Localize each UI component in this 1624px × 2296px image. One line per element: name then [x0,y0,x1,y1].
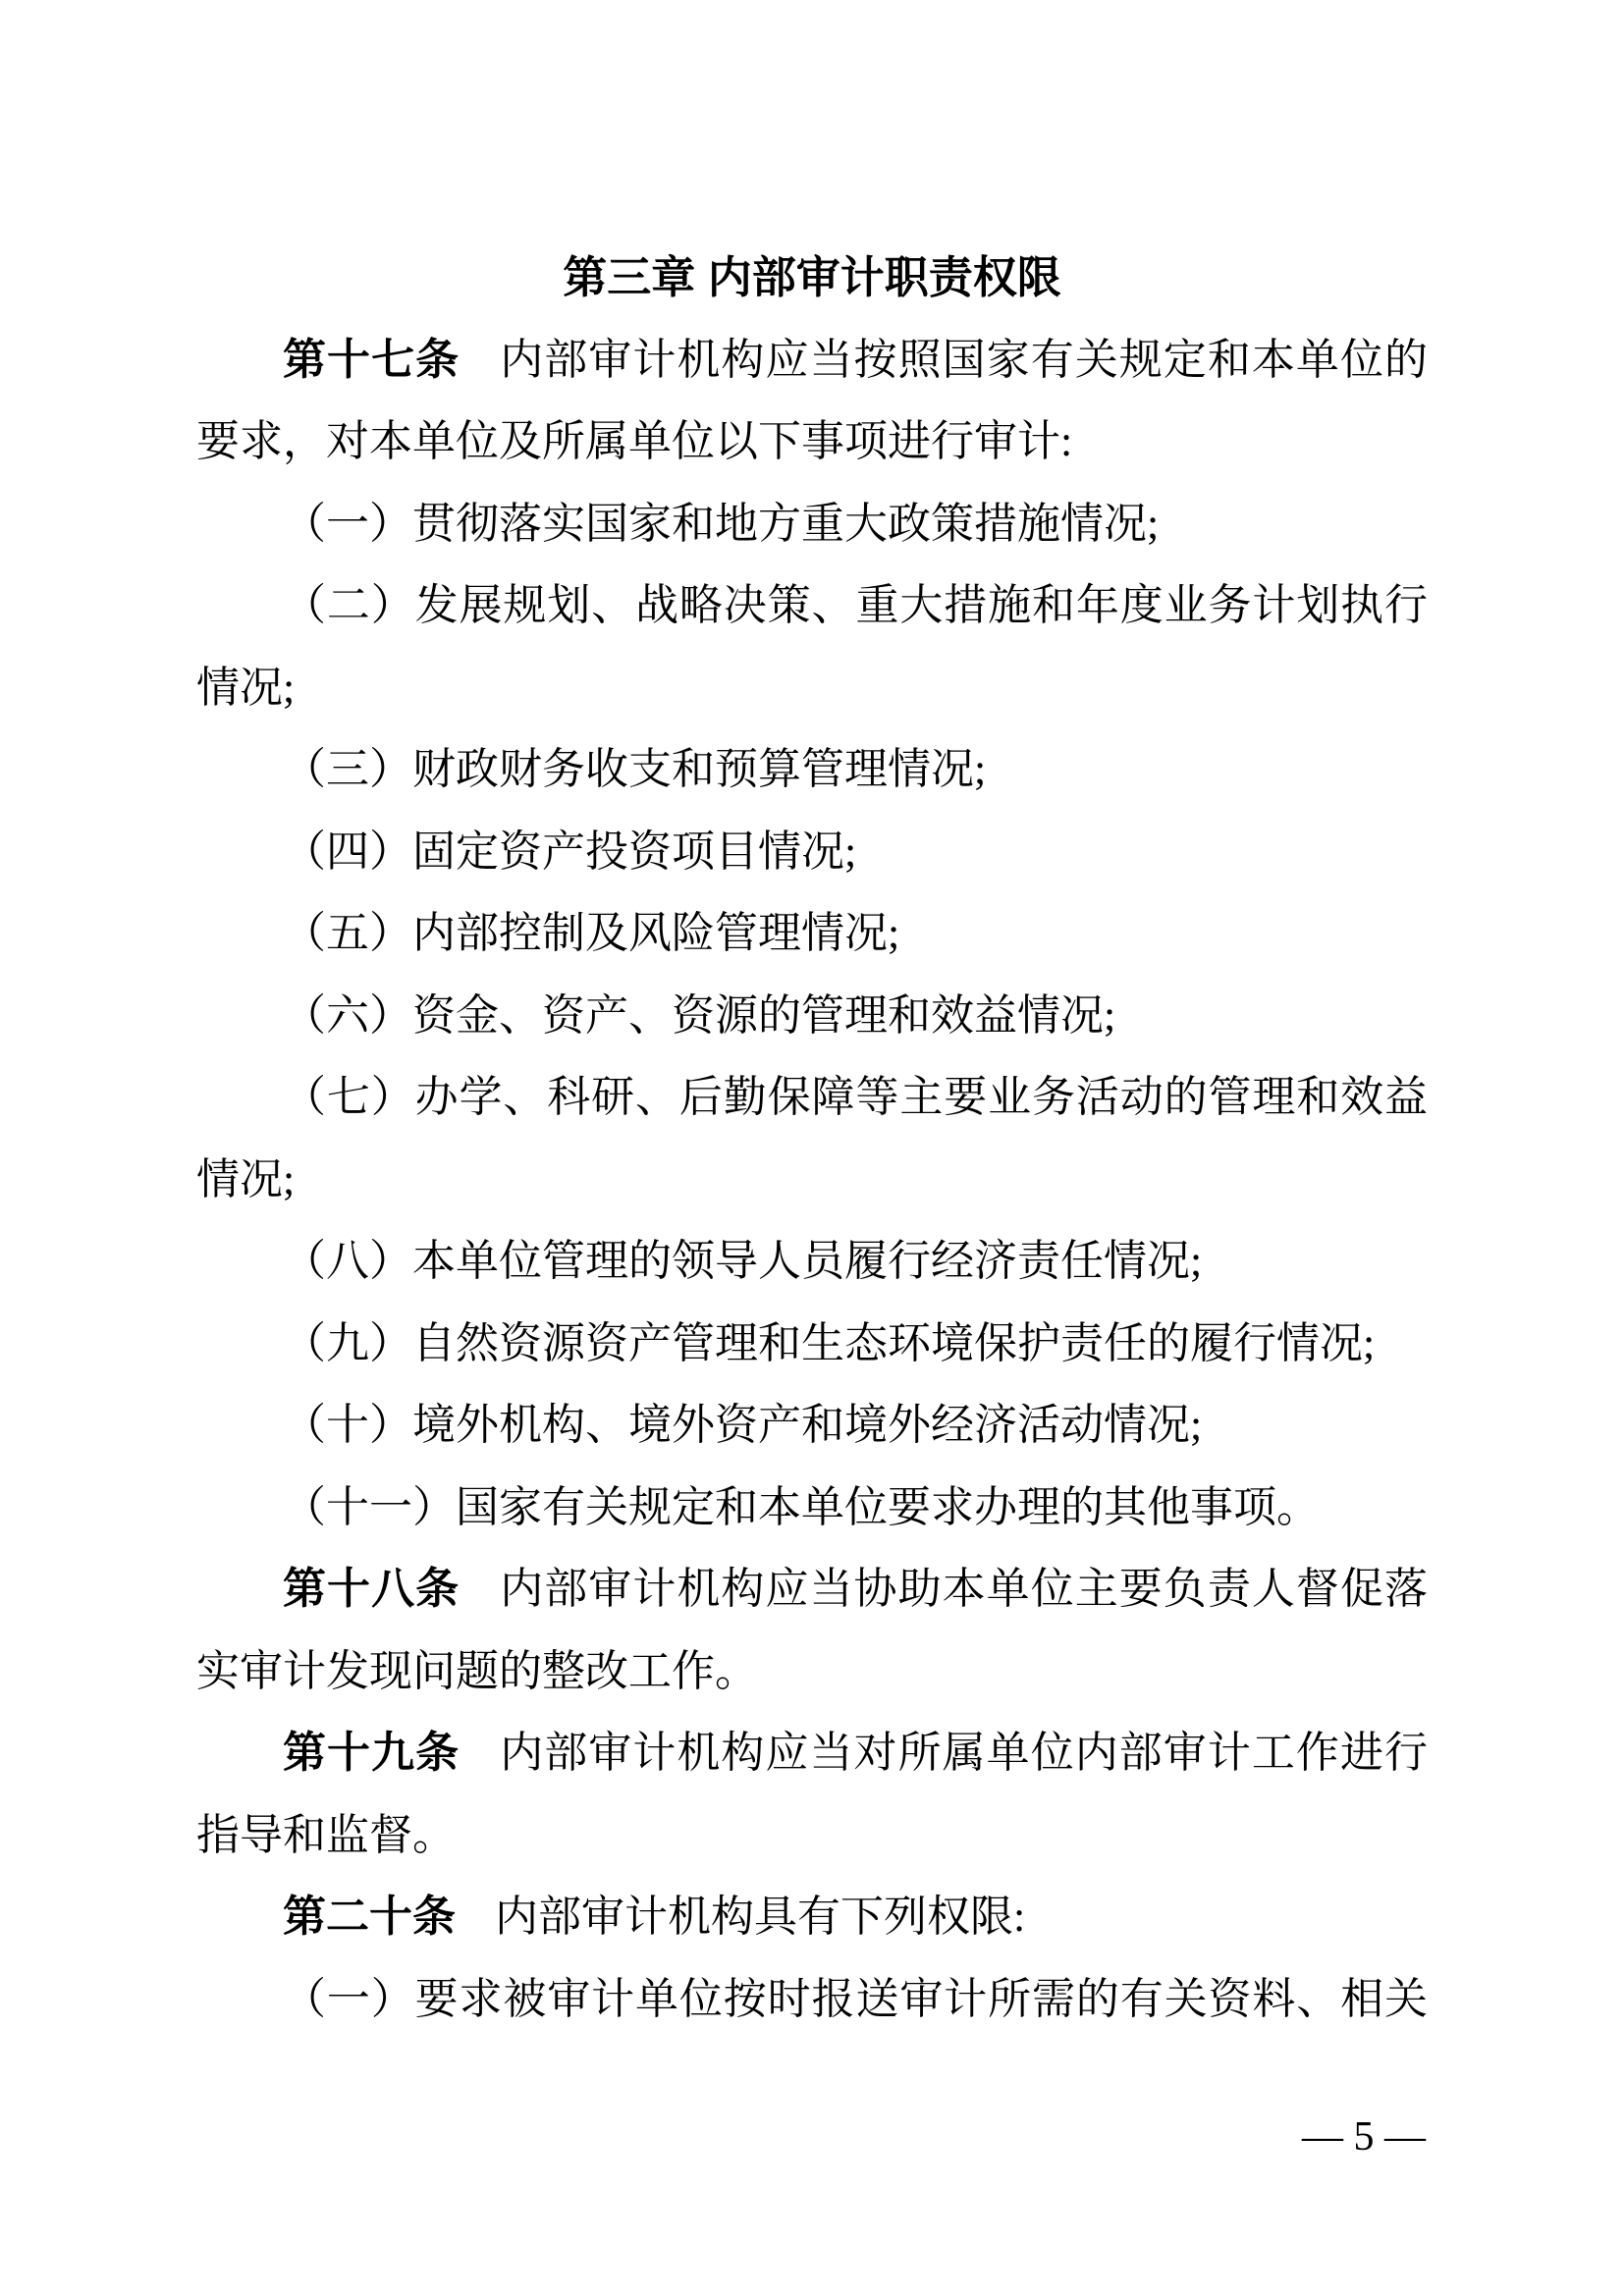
article-number: 第十八条 [283,1565,460,1613]
line-text: 内部审计机构应当按照国家有关规定和本单位的 [499,336,1428,384]
line-text: 内部审计机构应当对所属单位内部审计工作进行 [499,1729,1428,1777]
line-text: （十）境外机构、境外资产和境外经济活动情况; [283,1401,1202,1449]
text-line: 第十九条内部审计机构应当对所属单位内部审计工作进行 [196,1712,1428,1794]
article-number: 第十九条 [283,1729,460,1777]
text-line: （一）贯彻落实国家和地方重大政策措施情况; [196,483,1428,565]
text-line: 第十八条内部审计机构应当协助本单位主要负责人督促落 [196,1548,1428,1630]
line-text: （一）要求被审计单位按时报送审计所需的有关资料、相关 [283,1975,1428,2023]
line-text: 实审计发现问题的整改工作。 [196,1647,758,1695]
line-text: （七）办学、科研、后勤保障等主要业务活动的管理和效益 [283,1073,1428,1121]
line-text: （三）财政财务收支和预算管理情况; [283,745,986,793]
text-line: （九）自然资源资产管理和生态环境保护责任的履行情况; [196,1303,1428,1385]
text-line: 指导和监督。 [196,1794,1428,1877]
text-line: （十）境外机构、境外资产和境外经济活动情况; [196,1384,1428,1467]
line-text: 指导和监督。 [196,1811,456,1859]
text-line: 第十七条内部审计机构应当按照国家有关规定和本单位的 [196,319,1428,401]
line-text: 情况; [196,664,295,712]
line-text: 要求，对本单位及所属单位以下事项进行审计: [196,417,1072,465]
page-number: — 5 — [1302,2112,1426,2162]
line-text: （九）自然资源资产管理和生态环境保护责任的履行情况; [283,1319,1375,1367]
line-text: 内部审计机构应当协助本单位主要负责人督促落 [499,1565,1428,1613]
document-lines: 第三章 内部审计职责权限第十七条内部审计机构应当按照国家有关规定和本单位的要求，… [196,237,1428,2040]
text-line: （五）内部控制及风险管理情况; [196,892,1428,975]
line-text: （八）本单位管理的领导人员履行经济责任情况; [283,1237,1202,1285]
line-text: （二）发展规划、战略决策、重大措施和年度业务计划执行 [283,581,1428,629]
line-text: （四）固定资产投资项目情况; [283,828,856,876]
line-text: 内部审计机构具有下列权限: [495,1893,1025,1941]
text-line: （三）财政财务收支和预算管理情况; [196,728,1428,811]
text-line: （一）要求被审计单位按时报送审计所需的有关资料、相关 [196,1958,1428,2041]
article-number: 第十七条 [283,336,460,384]
line-text: （十一）国家有关规定和本单位要求办理的其他事项。 [283,1483,1320,1531]
text-line: 情况; [196,647,1428,729]
article-number: 第二十条 [283,1893,456,1941]
text-line: （四）固定资产投资项目情况; [196,811,1428,893]
text-line: 第二十条内部审计机构具有下列权限: [196,1876,1428,1958]
text-line: （二）发展规划、战略决策、重大措施和年度业务计划执行 [196,564,1428,647]
text-line: （六）资金、资产、资源的管理和效益情况; [196,975,1428,1057]
line-text: 情况; [196,1155,295,1203]
text-line: （十一）国家有关规定和本单位要求办理的其他事项。 [196,1467,1428,1549]
line-text: （一）贯彻落实国家和地方重大政策措施情况; [283,500,1159,548]
chapter-heading-text: 第三章 内部审计职责权限 [563,252,1061,302]
line-text: （六）资金、资产、资源的管理和效益情况; [283,991,1115,1040]
text-line: （七）办学、科研、后勤保障等主要业务活动的管理和效益 [196,1056,1428,1139]
text-line: 实审计发现问题的整改工作。 [196,1630,1428,1713]
chapter-heading: 第三章 内部审计职责权限 [196,237,1428,319]
text-line: 情况; [196,1139,1428,1221]
text-line: 要求，对本单位及所属单位以下事项进行审计: [196,400,1428,483]
document-page: 第三章 内部审计职责权限第十七条内部审计机构应当按照国家有关规定和本单位的要求，… [0,0,1624,2296]
text-line: （八）本单位管理的领导人员履行经济责任情况; [196,1220,1428,1303]
line-text: （五）内部控制及风险管理情况; [283,909,899,957]
